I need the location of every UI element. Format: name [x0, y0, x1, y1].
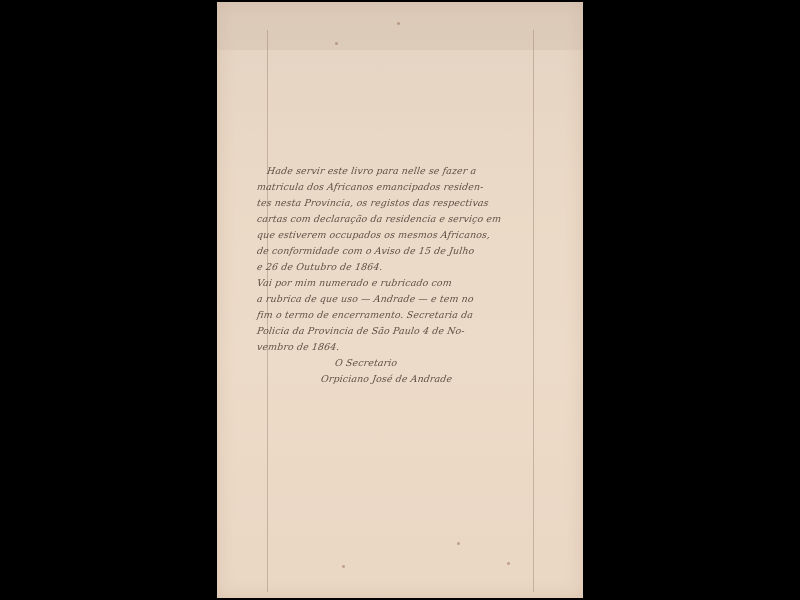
text-line-7: e 26 de Outubro de 1864.: [256, 262, 383, 273]
text-line-4: cartas com declaração da residencia e se…: [256, 214, 502, 225]
document-viewer: Hade servir este livro para nelle se faz…: [0, 0, 800, 600]
manuscript-text: Hade servir este livro para nelle se faz…: [217, 2, 583, 598]
text-line-5: que estiverem occupados os mesmos Africa…: [256, 230, 491, 241]
signature-title: O Secretario: [334, 358, 398, 369]
text-line-12: vembro de 1864.: [256, 342, 340, 353]
text-line-9: a rubrica de que uso — Andrade — e tem n…: [256, 294, 474, 305]
manuscript-page: Hade servir este livro para nelle se faz…: [217, 2, 583, 598]
text-line-1: Hade servir este livro para nelle se faz…: [266, 166, 477, 177]
text-line-6: de conformidade com o Aviso de 15 de Jul…: [256, 246, 475, 257]
text-line-11: Policia da Provincia de São Paulo 4 de N…: [256, 326, 465, 337]
text-line-2: matricula dos Africanos emancipados resi…: [256, 182, 484, 193]
text-line-3: tes nesta Provincia, os registos das res…: [256, 198, 489, 209]
text-line-10: fim o termo de encerramento. Secretaria …: [256, 310, 474, 321]
text-line-8: Vai por mim numerado e rubricado com: [256, 278, 452, 289]
signature-name: Orpiciano José de Andrade: [320, 374, 453, 385]
